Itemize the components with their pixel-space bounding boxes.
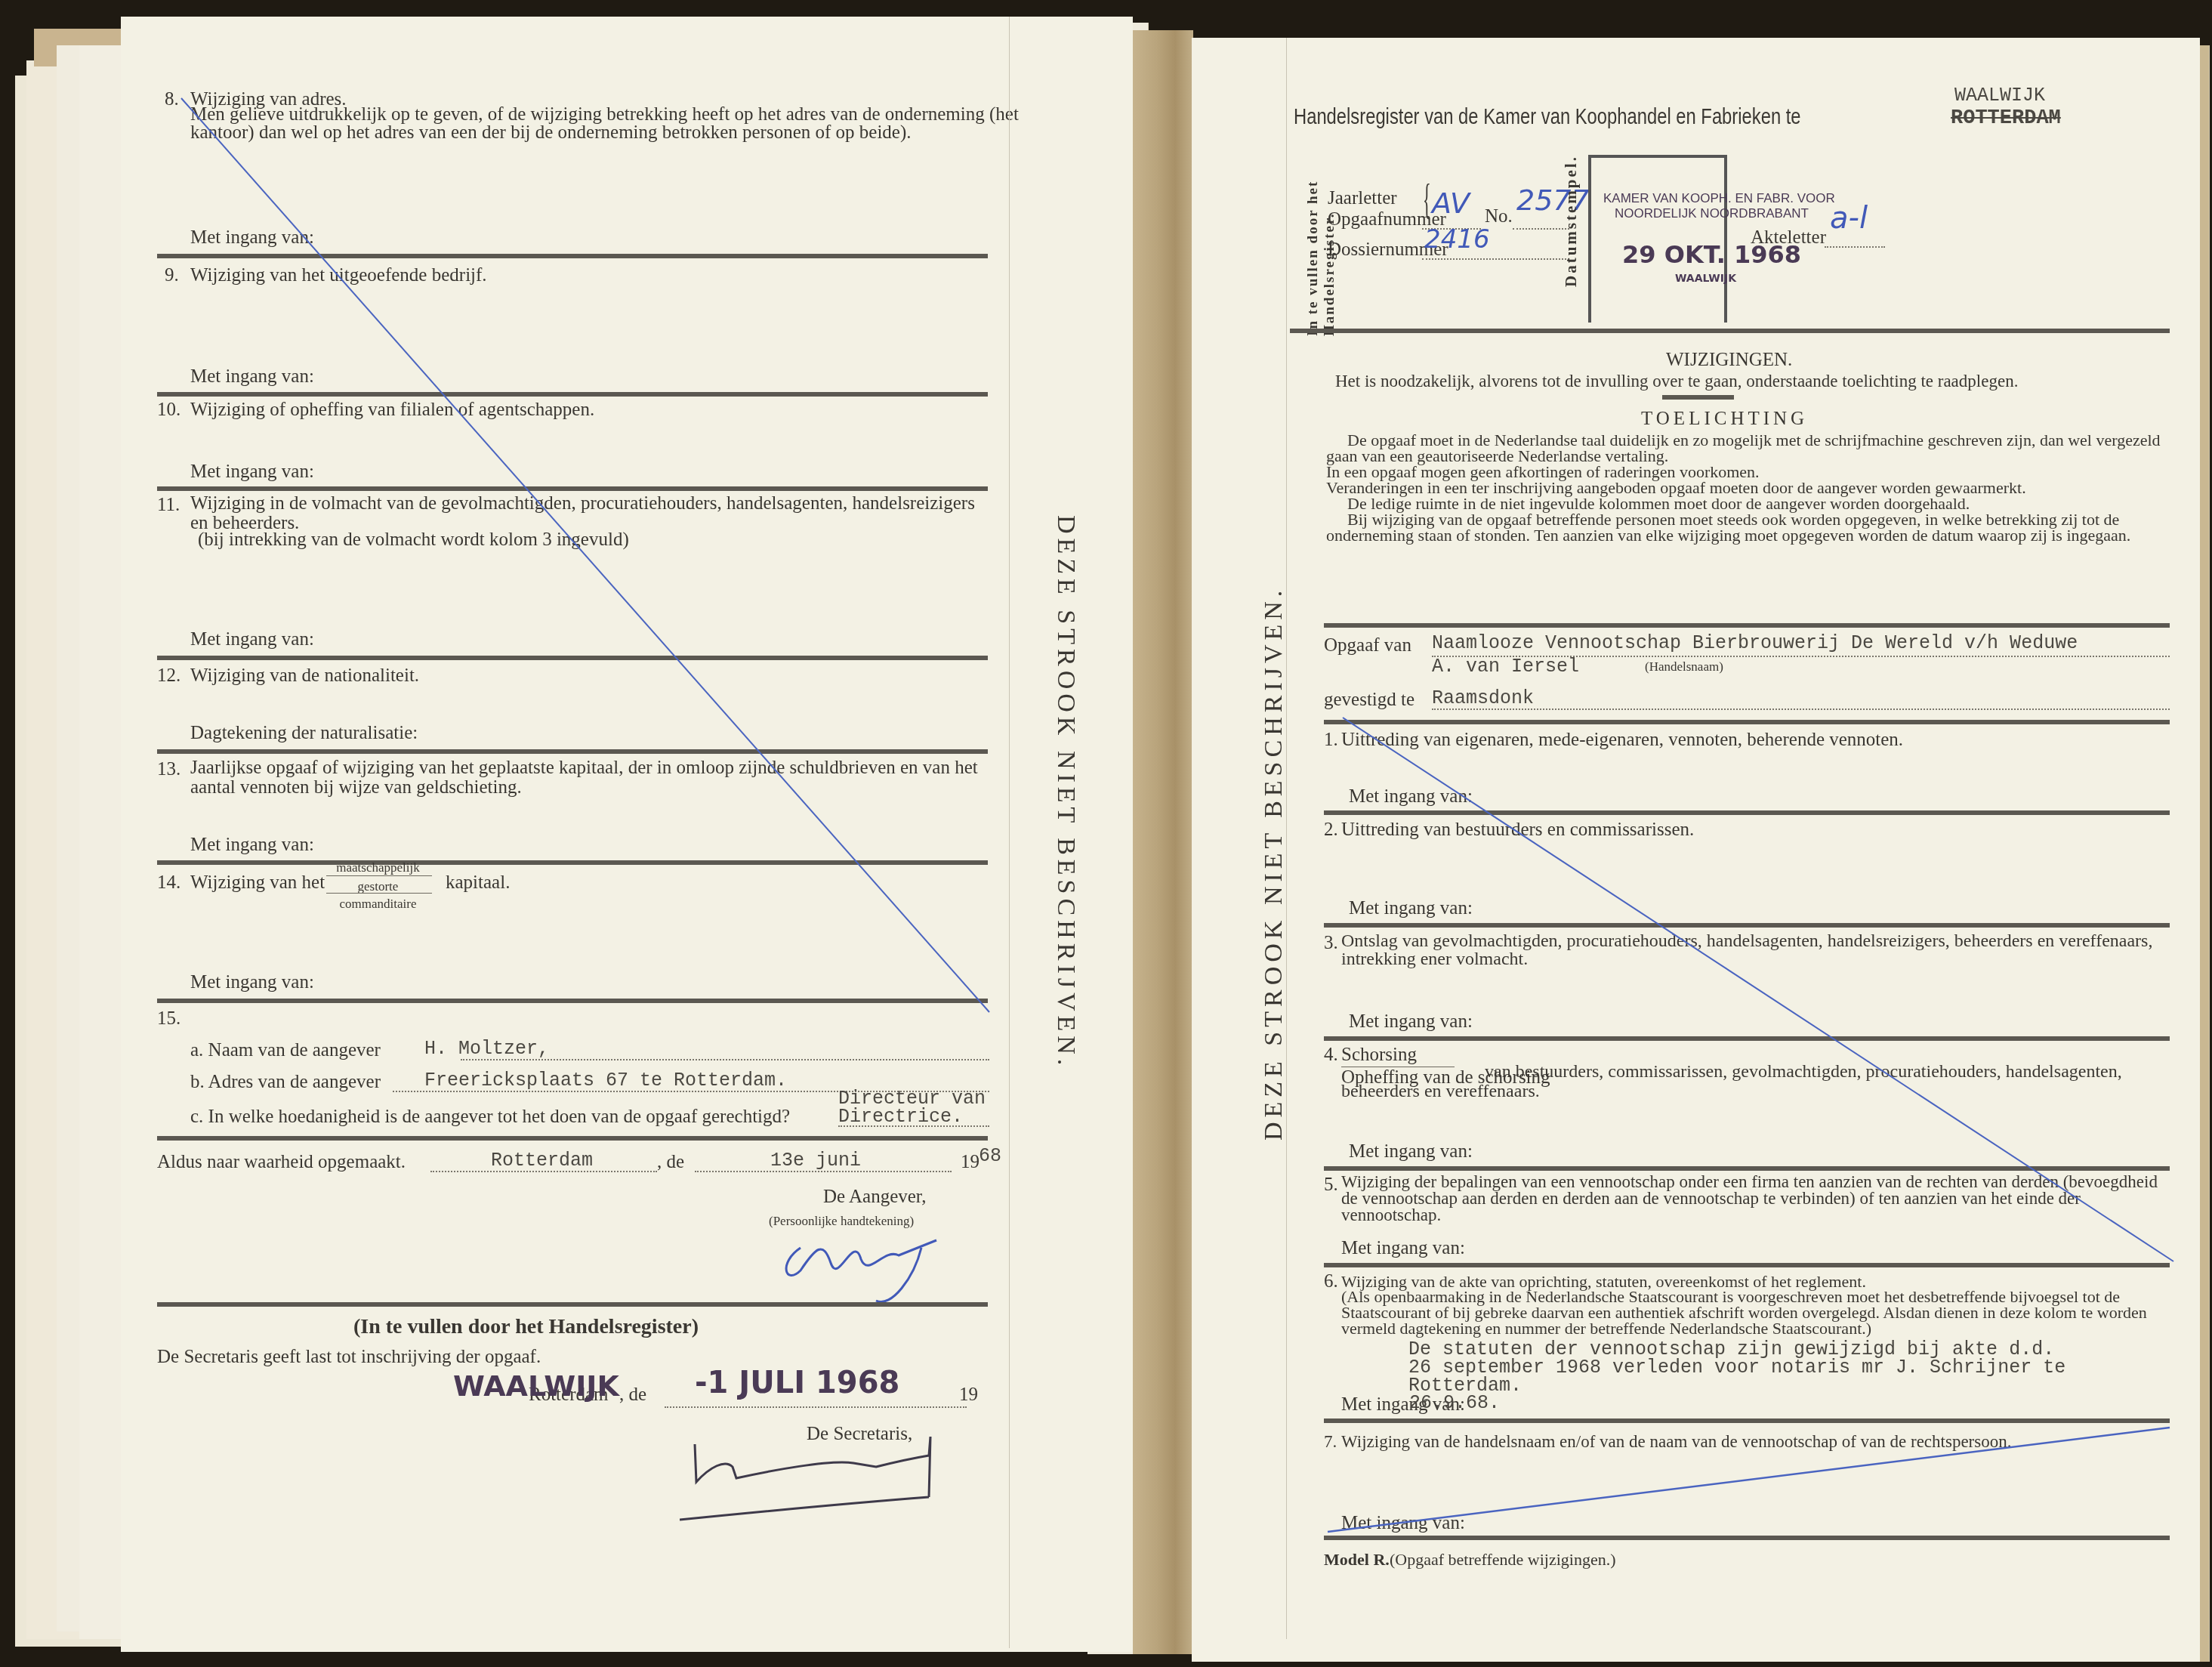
item-6-field-value[interactable]: 26.9.68. xyxy=(1409,1392,1500,1415)
item-11-note: (bij intrekking van de volmacht wordt ko… xyxy=(198,529,629,551)
jaarletter-value[interactable]: AV xyxy=(1432,192,1470,215)
item-2-number: 2. xyxy=(1324,819,1338,841)
item-9-field-label: Met ingang van: xyxy=(190,366,314,388)
item-1-title: Uittreding van eigenaren, mede-eigenaren… xyxy=(1341,729,1903,752)
margin-strip-text: DEZE STROOK NIET BESCHRIJVEN. xyxy=(1260,586,1288,1141)
section-divider xyxy=(1324,1418,2170,1423)
opgaaf-value-line-2[interactable]: A. van Iersel xyxy=(1432,656,1579,678)
signoff-place[interactable]: Rotterdam xyxy=(491,1150,593,1172)
item-7-title: Wijziging van de handelsnaam en/of van d… xyxy=(1341,1431,2011,1453)
item-6-note: (Als openbaarmaking in de Nederlandsche … xyxy=(1341,1289,2164,1336)
item-13-field-label: Met ingang van: xyxy=(190,834,314,857)
wijzigingen-heading: WIJZIGINGEN. xyxy=(1666,349,1792,372)
item-4-title: van bestuurders, commissarissen, gevolma… xyxy=(1341,1062,2164,1101)
item-7-field-label: Met ingang van: xyxy=(1341,1512,1465,1535)
section-divider xyxy=(157,486,988,491)
gevestigd-label: gevestigd te xyxy=(1324,689,1415,712)
gevestigd-value[interactable]: Raamsdonk xyxy=(1432,687,1534,710)
registry-de: , de xyxy=(619,1384,646,1406)
wijzigingen-notice: Het is noodzakelijk, alvorens tot de inv… xyxy=(1335,370,2018,393)
registry-only-label: In te vullen door het Handelsregister. xyxy=(1305,132,1338,336)
fill-line xyxy=(1422,258,1569,260)
footer-model: Model R. xyxy=(1324,1548,1390,1571)
header-title: Handelsregister van de Kamer van Koophan… xyxy=(1294,106,1801,128)
fill-line xyxy=(838,1125,989,1127)
item-12-field-label: Dagtekening der naturalisatie: xyxy=(190,722,418,745)
toelichting-heading: TOELICHTING xyxy=(1641,408,1808,431)
header-city-typed: WAALWIJK xyxy=(1954,85,2045,107)
margin-strip-text: DEZE STROOK NIET BESCHRIJVEN. xyxy=(1051,515,1080,1070)
item-2-title: Uittreding van bestuurders en commissari… xyxy=(1341,819,1694,841)
section-divider xyxy=(157,860,988,865)
item-4-field-label: Met ingang van: xyxy=(1349,1141,1473,1163)
fill-line xyxy=(430,1171,657,1172)
signoff-label: Aldus naar waarheid opgemaakt. xyxy=(157,1151,406,1174)
item-5-number: 5. xyxy=(1324,1174,1338,1196)
item-9-title: Wijziging van het uitgeoefende bedrijf. xyxy=(190,264,487,287)
item-14-field-label: Met ingang van: xyxy=(190,971,314,994)
item-3-title: Ontslag van gevolmachtigden, procuratieh… xyxy=(1341,932,2164,968)
date-stamp-box xyxy=(1588,155,1727,323)
section-divider xyxy=(157,254,988,258)
item-4-number: 4. xyxy=(1324,1044,1338,1067)
header-city-struck: ROTTERDAM xyxy=(1951,107,2061,130)
margin-strip-border xyxy=(1286,38,1287,1639)
fill-line xyxy=(695,1171,952,1172)
short-divider xyxy=(1662,395,1734,400)
aangever-address-value[interactable]: Freericksplaats 67 te Rotterdam. xyxy=(424,1070,787,1092)
item-11-title: Wijziging in de volmacht van de gevolmac… xyxy=(190,494,983,533)
section-divider xyxy=(157,999,988,1003)
datumstempel-label: Datumstempel. xyxy=(1562,155,1581,287)
fill-line xyxy=(665,1406,967,1408)
fill-line xyxy=(1432,708,2170,710)
signoff-year-prefix: 19 xyxy=(961,1151,980,1174)
section-divider xyxy=(1324,1166,2170,1171)
item-5-field-label: Met ingang van: xyxy=(1341,1237,1465,1260)
stamp-place: WAALWIJK xyxy=(1675,267,1736,290)
toelichting-body: De opgaaf moet in de Nederlandse taal du… xyxy=(1326,432,2172,543)
item-3-field-label: Met ingang van: xyxy=(1349,1011,1473,1033)
section-divider xyxy=(1324,1536,2170,1540)
section-divider xyxy=(1324,923,2170,928)
jaarletter-label: Jaarletter xyxy=(1328,187,1397,210)
footer-description: (Opgaaf betreffende wijzigingen.) xyxy=(1390,1548,1616,1571)
section-divider xyxy=(1324,623,2170,628)
opgaaf-value-line-1[interactable]: Naamlooze Vennootschap Bierbrouwerij De … xyxy=(1432,632,2078,655)
stamp-line-2: NOORDELIJK NOORDBRABANT xyxy=(1615,202,1809,225)
item-8-field-label: Met ingang van: xyxy=(190,227,314,249)
toelichting-paragraph: In een opgaaf mogen geen afkortingen of … xyxy=(1326,464,2172,480)
item-11-number: 11. xyxy=(157,494,180,517)
registry-place-stamp: WAALWIJK xyxy=(453,1375,619,1397)
opgaaf-label: Opgaaf van xyxy=(1324,634,1411,657)
item-1-number: 1. xyxy=(1324,729,1338,752)
section-divider xyxy=(157,1302,988,1307)
item-7-number: 7. xyxy=(1324,1431,1337,1453)
fill-line xyxy=(461,1059,989,1060)
section-divider xyxy=(157,1136,988,1141)
item-6-number: 6. xyxy=(1324,1270,1338,1293)
item-8-number: 8. xyxy=(165,88,179,111)
toelichting-paragraph: Veranderingen in een ter inschrijving aa… xyxy=(1326,480,2172,495)
item-14-title-suffix: kapitaal. xyxy=(446,872,510,894)
section-divider xyxy=(1324,1263,2170,1267)
section-divider xyxy=(1324,810,2170,815)
item-3-number: 3. xyxy=(1324,932,1338,955)
aangever-address-label: b. Adres van de aangever xyxy=(190,1071,381,1094)
registry-year-prefix: 19 xyxy=(959,1384,978,1406)
registry-date-stamp: -1 JULI 1968 xyxy=(695,1372,899,1394)
handelsnaam-hint: (Handelsnaam) xyxy=(1645,656,1723,678)
item-10-title: Wijziging of opheffing van filialen of a… xyxy=(190,399,594,421)
item-5-title: Wijziging der bepalingen van een vennoot… xyxy=(1341,1174,2164,1224)
section-divider xyxy=(1324,720,2170,724)
aangever-name-value[interactable]: H. Moltzer, xyxy=(424,1038,549,1060)
registry-heading: (In te vullen door het Handelsregister) xyxy=(353,1316,699,1338)
secretaris-signature xyxy=(680,1437,997,1527)
dossiernummer-value[interactable]: 2416 xyxy=(1424,228,1490,251)
item-9-number: 9. xyxy=(165,264,179,287)
registry-instruction: De Secretaris geeft last tot inschrijvin… xyxy=(157,1346,541,1369)
signoff-de: , de xyxy=(657,1151,684,1174)
left-form-page: 8. Wijziging van adres. Men gelieve uitd… xyxy=(121,17,1133,1652)
item-14-option-commanditaire: commanditaire xyxy=(323,893,433,915)
section-divider xyxy=(157,656,988,660)
item-12-number: 12. xyxy=(157,665,180,687)
item-1-field-label: Met ingang van: xyxy=(1349,786,1473,808)
aangever-capacity-label: c. In welke hoedanigheid is de aangever … xyxy=(190,1106,790,1128)
section-divider xyxy=(1290,329,2170,333)
aangever-name-label: a. Naam van de aangever xyxy=(190,1039,381,1062)
item-10-field-label: Met ingang van: xyxy=(190,461,314,483)
margin-strip-border xyxy=(1009,17,1010,1648)
toelichting-paragraph: De ledige ruimte in de niet ingevulde ko… xyxy=(1326,495,2172,511)
toelichting-paragraph: De opgaaf moet in de Nederlandse taal du… xyxy=(1326,432,2172,464)
fill-line xyxy=(1825,246,1885,248)
item-11-field-label: Met ingang van: xyxy=(190,628,314,651)
toelichting-paragraph: Bij wijziging van de opgaaf betreffende … xyxy=(1326,511,2172,543)
signoff-year[interactable]: 68 xyxy=(979,1145,1001,1168)
item-15-number: 15. xyxy=(157,1008,180,1030)
binder-spine xyxy=(1133,30,1193,1654)
item-10-number: 10. xyxy=(157,399,180,421)
section-divider xyxy=(157,749,988,754)
item-8-note: Men gelieve uitdrukkelijk op te geven, o… xyxy=(190,106,1059,142)
item-2-field-label: Met ingang van: xyxy=(1349,897,1473,920)
item-13-number: 13. xyxy=(157,758,180,781)
item-13-title: Jaarlijkse opgaaf of wijziging van het g… xyxy=(190,758,991,798)
signer-label: De Aangever, xyxy=(823,1186,926,1209)
brace: { xyxy=(1423,189,1431,211)
aangever-signature xyxy=(770,1218,967,1308)
akteletter-value[interactable]: a-l xyxy=(1830,207,1868,230)
right-form-page: DEZE STROOK NIET BESCHRIJVEN. WAALWIJK H… xyxy=(1192,38,2200,1662)
section-divider xyxy=(1324,1036,2170,1041)
item-14-number: 14. xyxy=(157,872,180,894)
fill-line xyxy=(1513,228,1569,230)
signoff-date[interactable]: 13e juni xyxy=(770,1150,861,1172)
akteletter-label: Akteletter xyxy=(1751,227,1826,249)
item-14-title-prefix: Wijziging van het xyxy=(190,872,325,894)
section-divider xyxy=(157,392,988,397)
item-12-title: Wijziging van de nationaliteit. xyxy=(190,665,419,687)
